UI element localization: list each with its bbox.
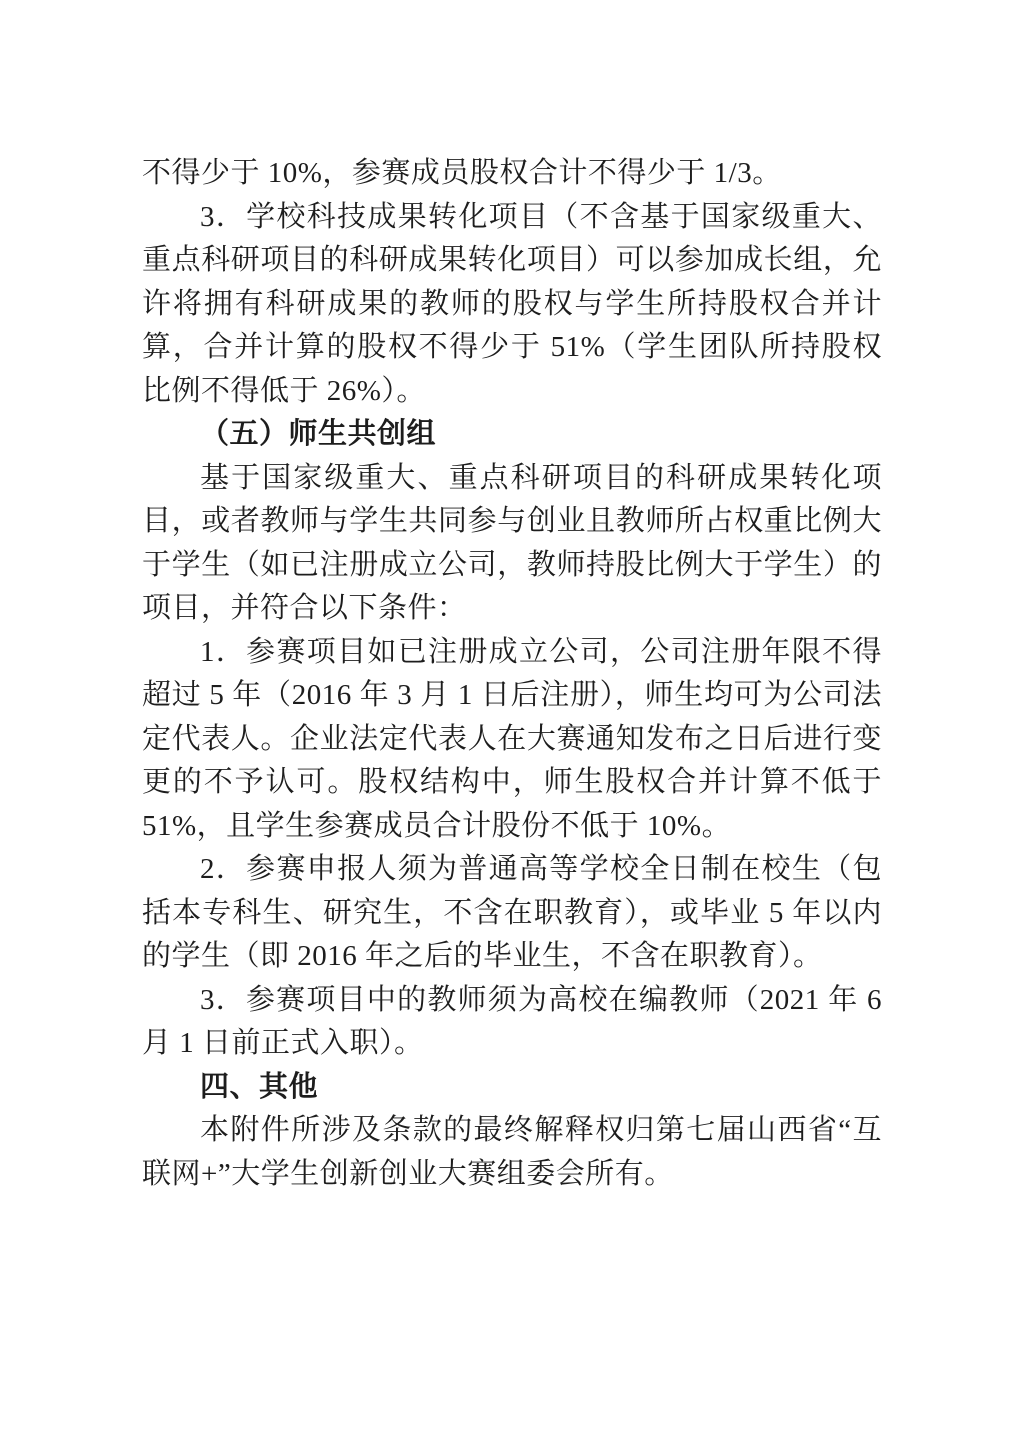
paragraph: 3．参赛项目中的教师须为高校在编教师（2021 年 6 月 1 日前正式入职）。 <box>142 979 882 1066</box>
paragraph: 本附件所涉及条款的最终解释权归第七届山西省“互联网+”大学生创新创业大赛组委会所… <box>142 1109 882 1196</box>
document-page: 不得少于 10%，参赛成员股权合计不得少于 1/3。3．学校科技成果转化项目（不… <box>0 0 1024 1448</box>
paragraph: 1．参赛项目如已注册成立公司，公司注册年限不得超过 5 年（2016 年 3 月… <box>142 631 882 849</box>
paragraph: 3．学校科技成果转化项目（不含基于国家级重大、重点科研项目的科研成果转化项目）可… <box>142 196 882 414</box>
document-body: 不得少于 10%，参赛成员股权合计不得少于 1/3。3．学校科技成果转化项目（不… <box>142 152 882 1196</box>
paragraph: 2．参赛申报人须为普通高等学校全日制在校生（包括本专科生、研究生，不含在职教育）… <box>142 848 882 979</box>
section-heading: （五）师生共创组 <box>142 413 882 457</box>
page: { "page": { "background": "#ffffff", "te… <box>0 0 1024 1448</box>
paragraph: 不得少于 10%，参赛成员股权合计不得少于 1/3。 <box>142 152 882 196</box>
paragraph: 基于国家级重大、重点科研项目的科研成果转化项目，或者教师与学生共同参与创业且教师… <box>142 457 882 631</box>
section-heading: 四、其他 <box>142 1066 882 1110</box>
